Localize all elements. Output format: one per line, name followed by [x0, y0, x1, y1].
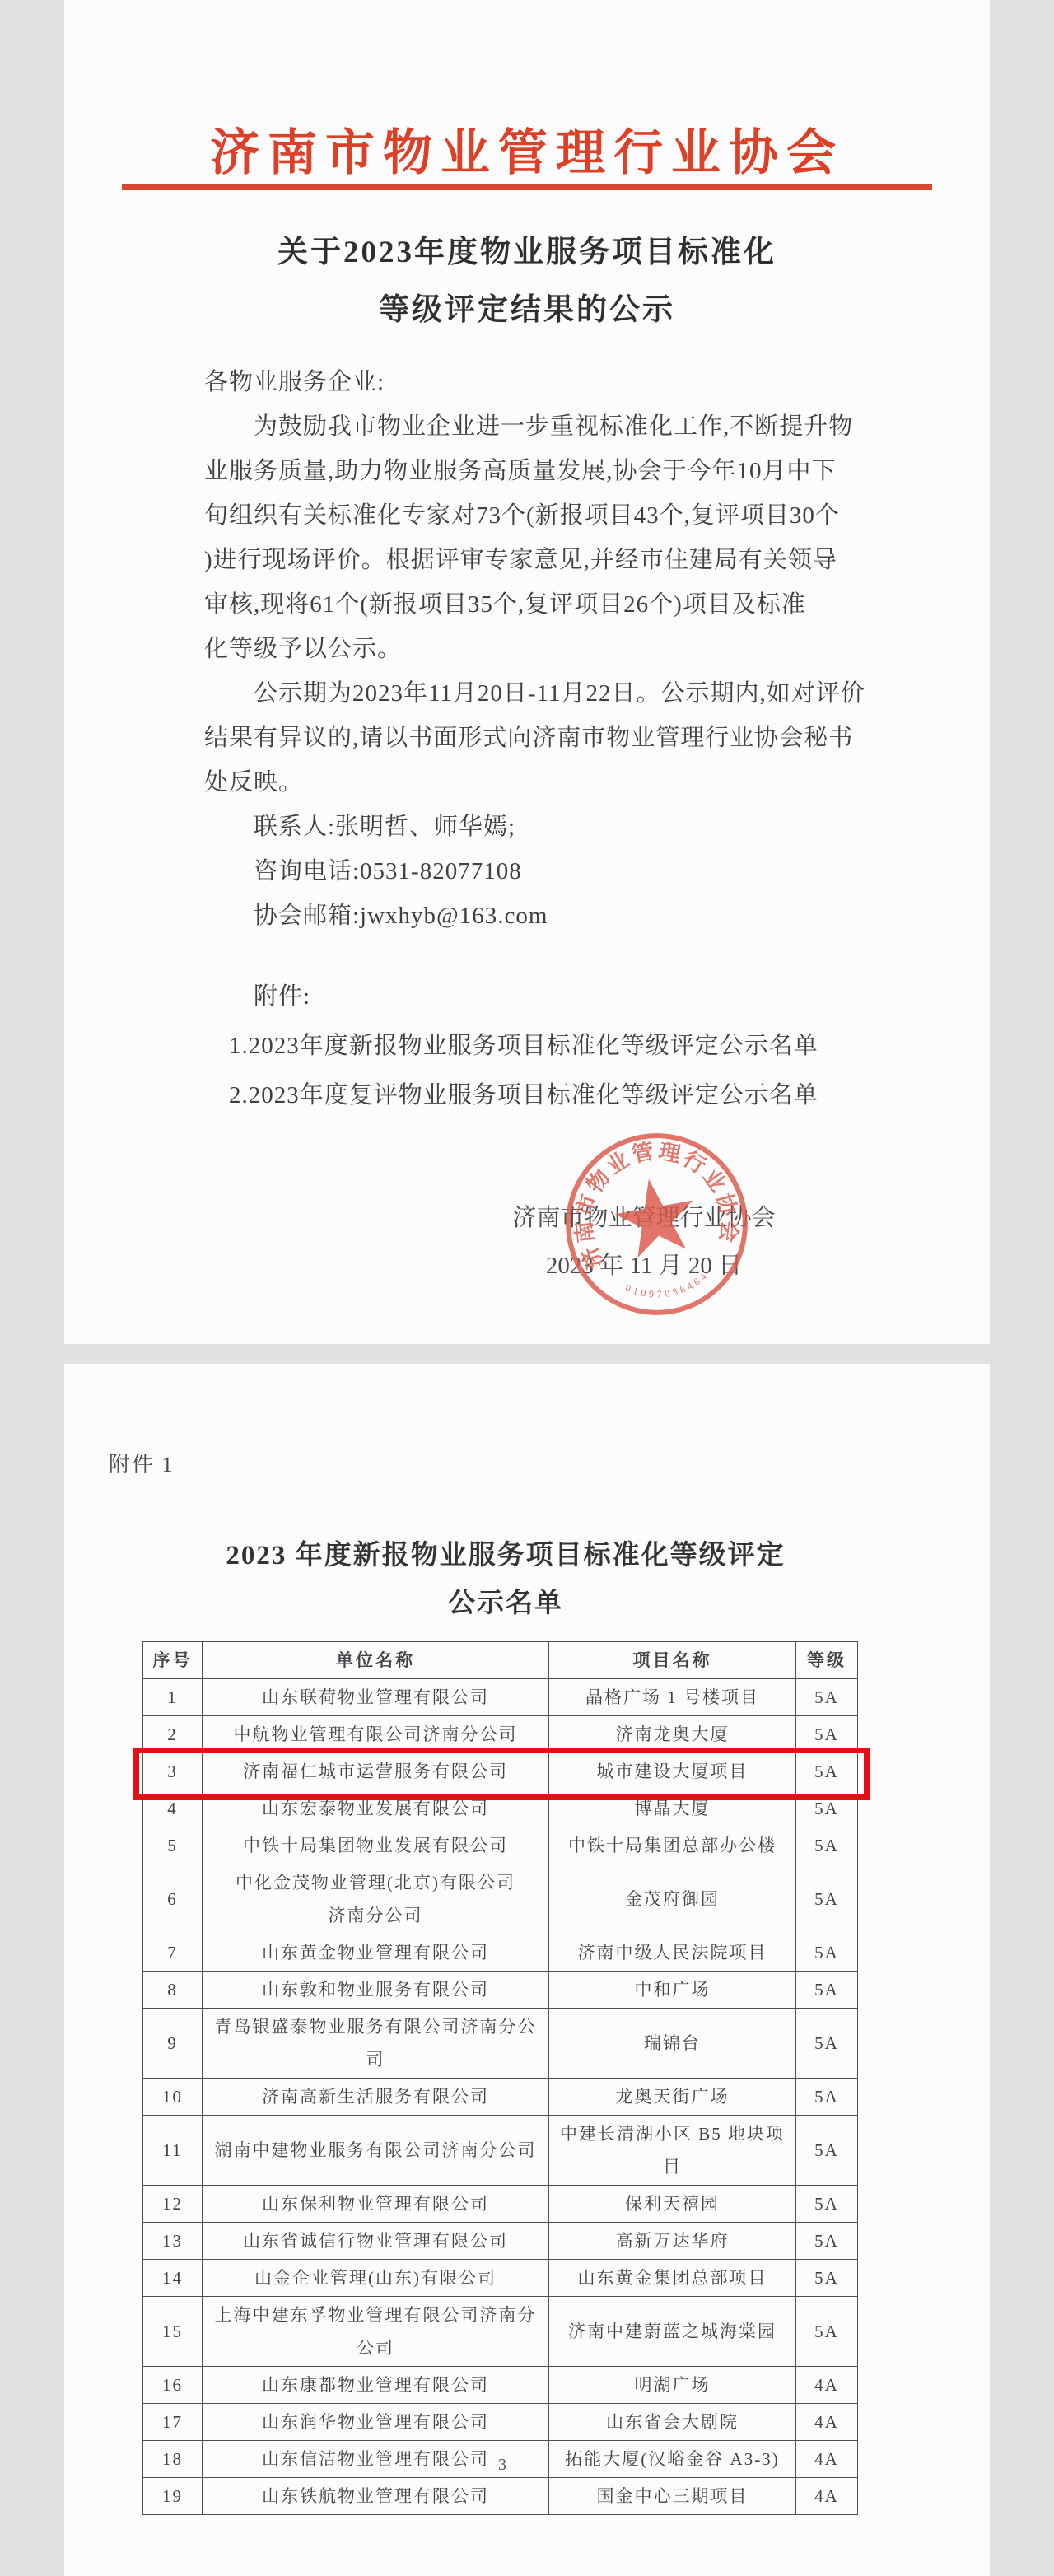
cell-project-name: 金茂府御园 [549, 1864, 796, 1934]
table-row: 6 中化金茂物业管理(北京)有限公司 济南分公司 金茂府御园 5A [143, 1864, 858, 1934]
cell-grade: 5A [796, 2260, 858, 2297]
cell-company-name: 山东康都物业管理有限公司 [203, 2367, 549, 2404]
cell-grade: 5A [796, 2116, 858, 2186]
cell-company-name: 山东黄金物业管理有限公司 [203, 1934, 549, 1972]
page-number: 3 [40, 2456, 965, 2475]
association-letterhead-title: 济南市物业管理行业协会 [64, 114, 990, 184]
highlight-annotation-box [133, 1748, 870, 1800]
cell-project-name: 山东省会大剧院 [549, 2404, 796, 2441]
announcement-title: 关于2023年度物业服务项目标准化 等级评定结果的公示 [64, 224, 990, 339]
body-text-line: 协会邮箱:jwxhyb@163.com [204, 894, 879, 938]
cell-grade: 4A [796, 2478, 858, 2515]
cell-index: 8 [143, 1972, 203, 2009]
roster-title: 2023 年度新报物业服务项目标准化等级评定 公示名单 [43, 1532, 968, 1627]
cell-grade: 5A [796, 2186, 858, 2223]
cell-project-name: 济南中建蔚蓝之城海棠园 [549, 2297, 796, 2367]
cell-company-name: 山东铁航物业管理有限公司 [203, 2478, 549, 2515]
cell-grade: 5A [796, 1972, 858, 2009]
body-text-line: 联系人:张明哲、师华嫣; [204, 805, 879, 849]
cell-project-name: 中建长清湖小区 B5 地块项目 [549, 2116, 796, 2186]
body-text-line: 旬组织有关标准化专家对73个(新报项目43个,复评项目30个 [204, 493, 879, 538]
cell-project-name: 明湖广场 [549, 2367, 796, 2404]
cell-project-name: 瑞锦台 [549, 2009, 796, 2079]
letterhead-divider [122, 184, 932, 190]
body-text-line: 为鼓励我市物业企业进一步重视标准化工作,不断提升物 [204, 404, 879, 449]
cell-grade: 5A [796, 1827, 858, 1864]
attachment-line: 附件: [204, 972, 879, 1021]
cell-index: 11 [143, 2116, 203, 2186]
table-header-row: 序号 单位名称 项目名称 等级 [143, 1642, 858, 1679]
cell-grade: 5A [796, 2079, 858, 2116]
cell-project-name: 保利天禧园 [549, 2186, 796, 2223]
table-row: 7 山东黄金物业管理有限公司 济南中级人民法院项目 5A [143, 1934, 858, 1972]
attachment-line: 1.2023年度新报物业服务项目标准化等级评定公示名单 [204, 1021, 879, 1071]
cell-project-name: 国金中心三期项目 [549, 2478, 796, 2515]
cell-company-name: 山金企业管理(山东)有限公司 [203, 2260, 549, 2297]
table-header-cell: 单位名称 [203, 1642, 549, 1679]
table-row: 10 济南高新生活服务有限公司 龙奥天街广场 5A [143, 2079, 858, 2116]
cell-project-name: 高新万达华府 [549, 2223, 796, 2260]
cell-company-name: 山东润华物业管理有限公司 [203, 2404, 549, 2441]
cell-company-name: 中化金茂物业管理(北京)有限公司 济南分公司 [203, 1864, 549, 1934]
table-row: 19 山东铁航物业管理有限公司 国金中心三期项目 4A [143, 2478, 858, 2515]
table-header-cell: 序号 [143, 1642, 203, 1679]
announcement-body: 各物业服务企业: 为鼓励我市物业企业进一步重视标准化工作,不断提升物 业服务质量… [204, 360, 879, 938]
cell-index: 9 [143, 2009, 203, 2079]
cell-project-name: 晶格广场 1 号楼项目 [549, 1679, 796, 1716]
attachments-list: 附件: 1.2023年度新报物业服务项目标准化等级评定公示名单 2.2023年度… [204, 972, 879, 1120]
table-row: 11 湖南中建物业服务有限公司济南分公司 中建长清湖小区 B5 地块项目 5A [143, 2116, 858, 2186]
cell-grade: 5A [796, 1934, 858, 1972]
table-row: 8 山东敦和物业服务有限公司 中和广场 5A [143, 1972, 858, 2009]
cell-company-name: 山东省诚信行物业管理有限公司 [203, 2223, 549, 2260]
cell-index: 13 [143, 2223, 203, 2260]
cell-project-name: 济南中级人民法院项目 [549, 1934, 796, 1972]
signature-date: 2023 年 11 月 20 日 [508, 1242, 780, 1290]
document-page-1: 济南市物业管理行业协会 关于2023年度物业服务项目标准化 等级评定结果的公示 … [64, 0, 990, 1344]
table-row: 15 上海中建东孚物业管理有限公司济南分公司 济南中建蔚蓝之城海棠园 5A [143, 2297, 858, 2367]
roster-title-line1: 2023 年度新报物业服务项目标准化等级评定 [43, 1532, 968, 1580]
cell-index: 10 [143, 2079, 203, 2116]
cell-company-name: 山东联荷物业管理有限公司 [203, 1679, 549, 1716]
cell-index: 19 [143, 2478, 203, 2515]
cell-grade: 5A [796, 2009, 858, 2079]
cell-project-name: 龙奥天街广场 [549, 2079, 796, 2116]
cell-company-name: 上海中建东孚物业管理有限公司济南分公司 [203, 2297, 549, 2367]
table-header-cell: 等级 [796, 1642, 858, 1679]
cell-project-name: 中和广场 [549, 1972, 796, 2009]
table-header-cell: 项目名称 [549, 1642, 796, 1679]
cell-index: 5 [143, 1827, 203, 1864]
body-text-line: 处反映。 [204, 760, 879, 805]
cell-grade: 5A [796, 2223, 858, 2260]
announcement-title-line1: 关于2023年度物业服务项目标准化 [64, 224, 990, 282]
cell-company-name: 济南高新生活服务有限公司 [203, 2079, 549, 2116]
table-row: 16 山东康都物业管理有限公司 明湖广场 4A [143, 2367, 858, 2404]
table-row: 12 山东保利物业管理有限公司 保利天禧园 5A [143, 2186, 858, 2223]
table-row: 14 山金企业管理(山东)有限公司 山东黄金集团总部项目 5A [143, 2260, 858, 2297]
document-page-2: 附件 1 2023 年度新报物业服务项目标准化等级评定 公示名单 序号 单位名称… [64, 1364, 990, 2576]
cell-grade: 5A [796, 2297, 858, 2367]
cell-project-name: 山东黄金集团总部项目 [549, 2260, 796, 2297]
cell-project-name: 中铁十局集团总部办公楼 [549, 1827, 796, 1864]
cell-grade: 4A [796, 2367, 858, 2404]
attachment-line: 2.2023年度复评物业服务项目标准化等级评定公示名单 [204, 1071, 879, 1120]
cell-index: 15 [143, 2297, 203, 2367]
cell-index: 16 [143, 2367, 203, 2404]
cell-grade: 4A [796, 2404, 858, 2441]
cell-company-name: 山东保利物业管理有限公司 [203, 2186, 549, 2223]
cell-company-name: 中铁十局集团物业发展有限公司 [203, 1827, 549, 1864]
cell-index: 12 [143, 2186, 203, 2223]
signature-block: 济南市物业管理行业协会 2023 年 11 月 20 日 [508, 1194, 780, 1290]
table-row: 9 青岛银盛泰物业服务有限公司济南分公司 瑞锦台 5A [143, 2009, 858, 2079]
signature-org: 济南市物业管理行业协会 [508, 1194, 780, 1242]
annex-label: 附件 1 [109, 1448, 175, 1478]
cell-index: 1 [143, 1679, 203, 1716]
body-text-line: 咨询电话:0531-82077108 [204, 849, 879, 894]
body-text-line: 业服务质量,助力物业服务高质量发展,协会于今年10月中下 [204, 449, 879, 493]
cell-company-name: 山东敦和物业服务有限公司 [203, 1972, 549, 2009]
cell-index: 17 [143, 2404, 203, 2441]
cell-company-name: 湖南中建物业服务有限公司济南分公司 [203, 2116, 549, 2186]
cell-company-name: 青岛银盛泰物业服务有限公司济南分公司 [203, 2009, 549, 2079]
cell-grade: 5A [796, 1864, 858, 1934]
table-row: 13 山东省诚信行物业管理有限公司 高新万达华府 5A [143, 2223, 858, 2260]
body-text-line: 公示期为2023年11月20日-11月22日。公示期内,如对评价 [204, 671, 879, 716]
table-row: 17 山东润华物业管理有限公司 山东省会大剧院 4A [143, 2404, 858, 2441]
roster-title-line2: 公示名单 [43, 1580, 968, 1627]
body-text-line: 化等级予以公示。 [204, 627, 879, 671]
body-text-line: 各物业服务企业: [204, 360, 879, 404]
body-text-line: 审核,现将61个(新报项目35个,复评项目26个)项目及标准 [204, 582, 879, 627]
table-row: 5 中铁十局集团物业发展有限公司 中铁十局集团总部办公楼 5A [143, 1827, 858, 1864]
cell-grade: 5A [796, 1679, 858, 1716]
cell-index: 14 [143, 2260, 203, 2297]
announcement-title-line2: 等级评定结果的公示 [64, 282, 990, 339]
body-text-line: 结果有异议的,请以书面形式向济南市物业管理行业协会秘书 [204, 716, 879, 760]
body-text-line: )进行现场评价。根据评审专家意见,并经市住建局有关领导 [204, 538, 879, 582]
cell-index: 6 [143, 1864, 203, 1934]
cell-index: 7 [143, 1934, 203, 1972]
table-row: 1 山东联荷物业管理有限公司 晶格广场 1 号楼项目 5A [143, 1679, 858, 1716]
